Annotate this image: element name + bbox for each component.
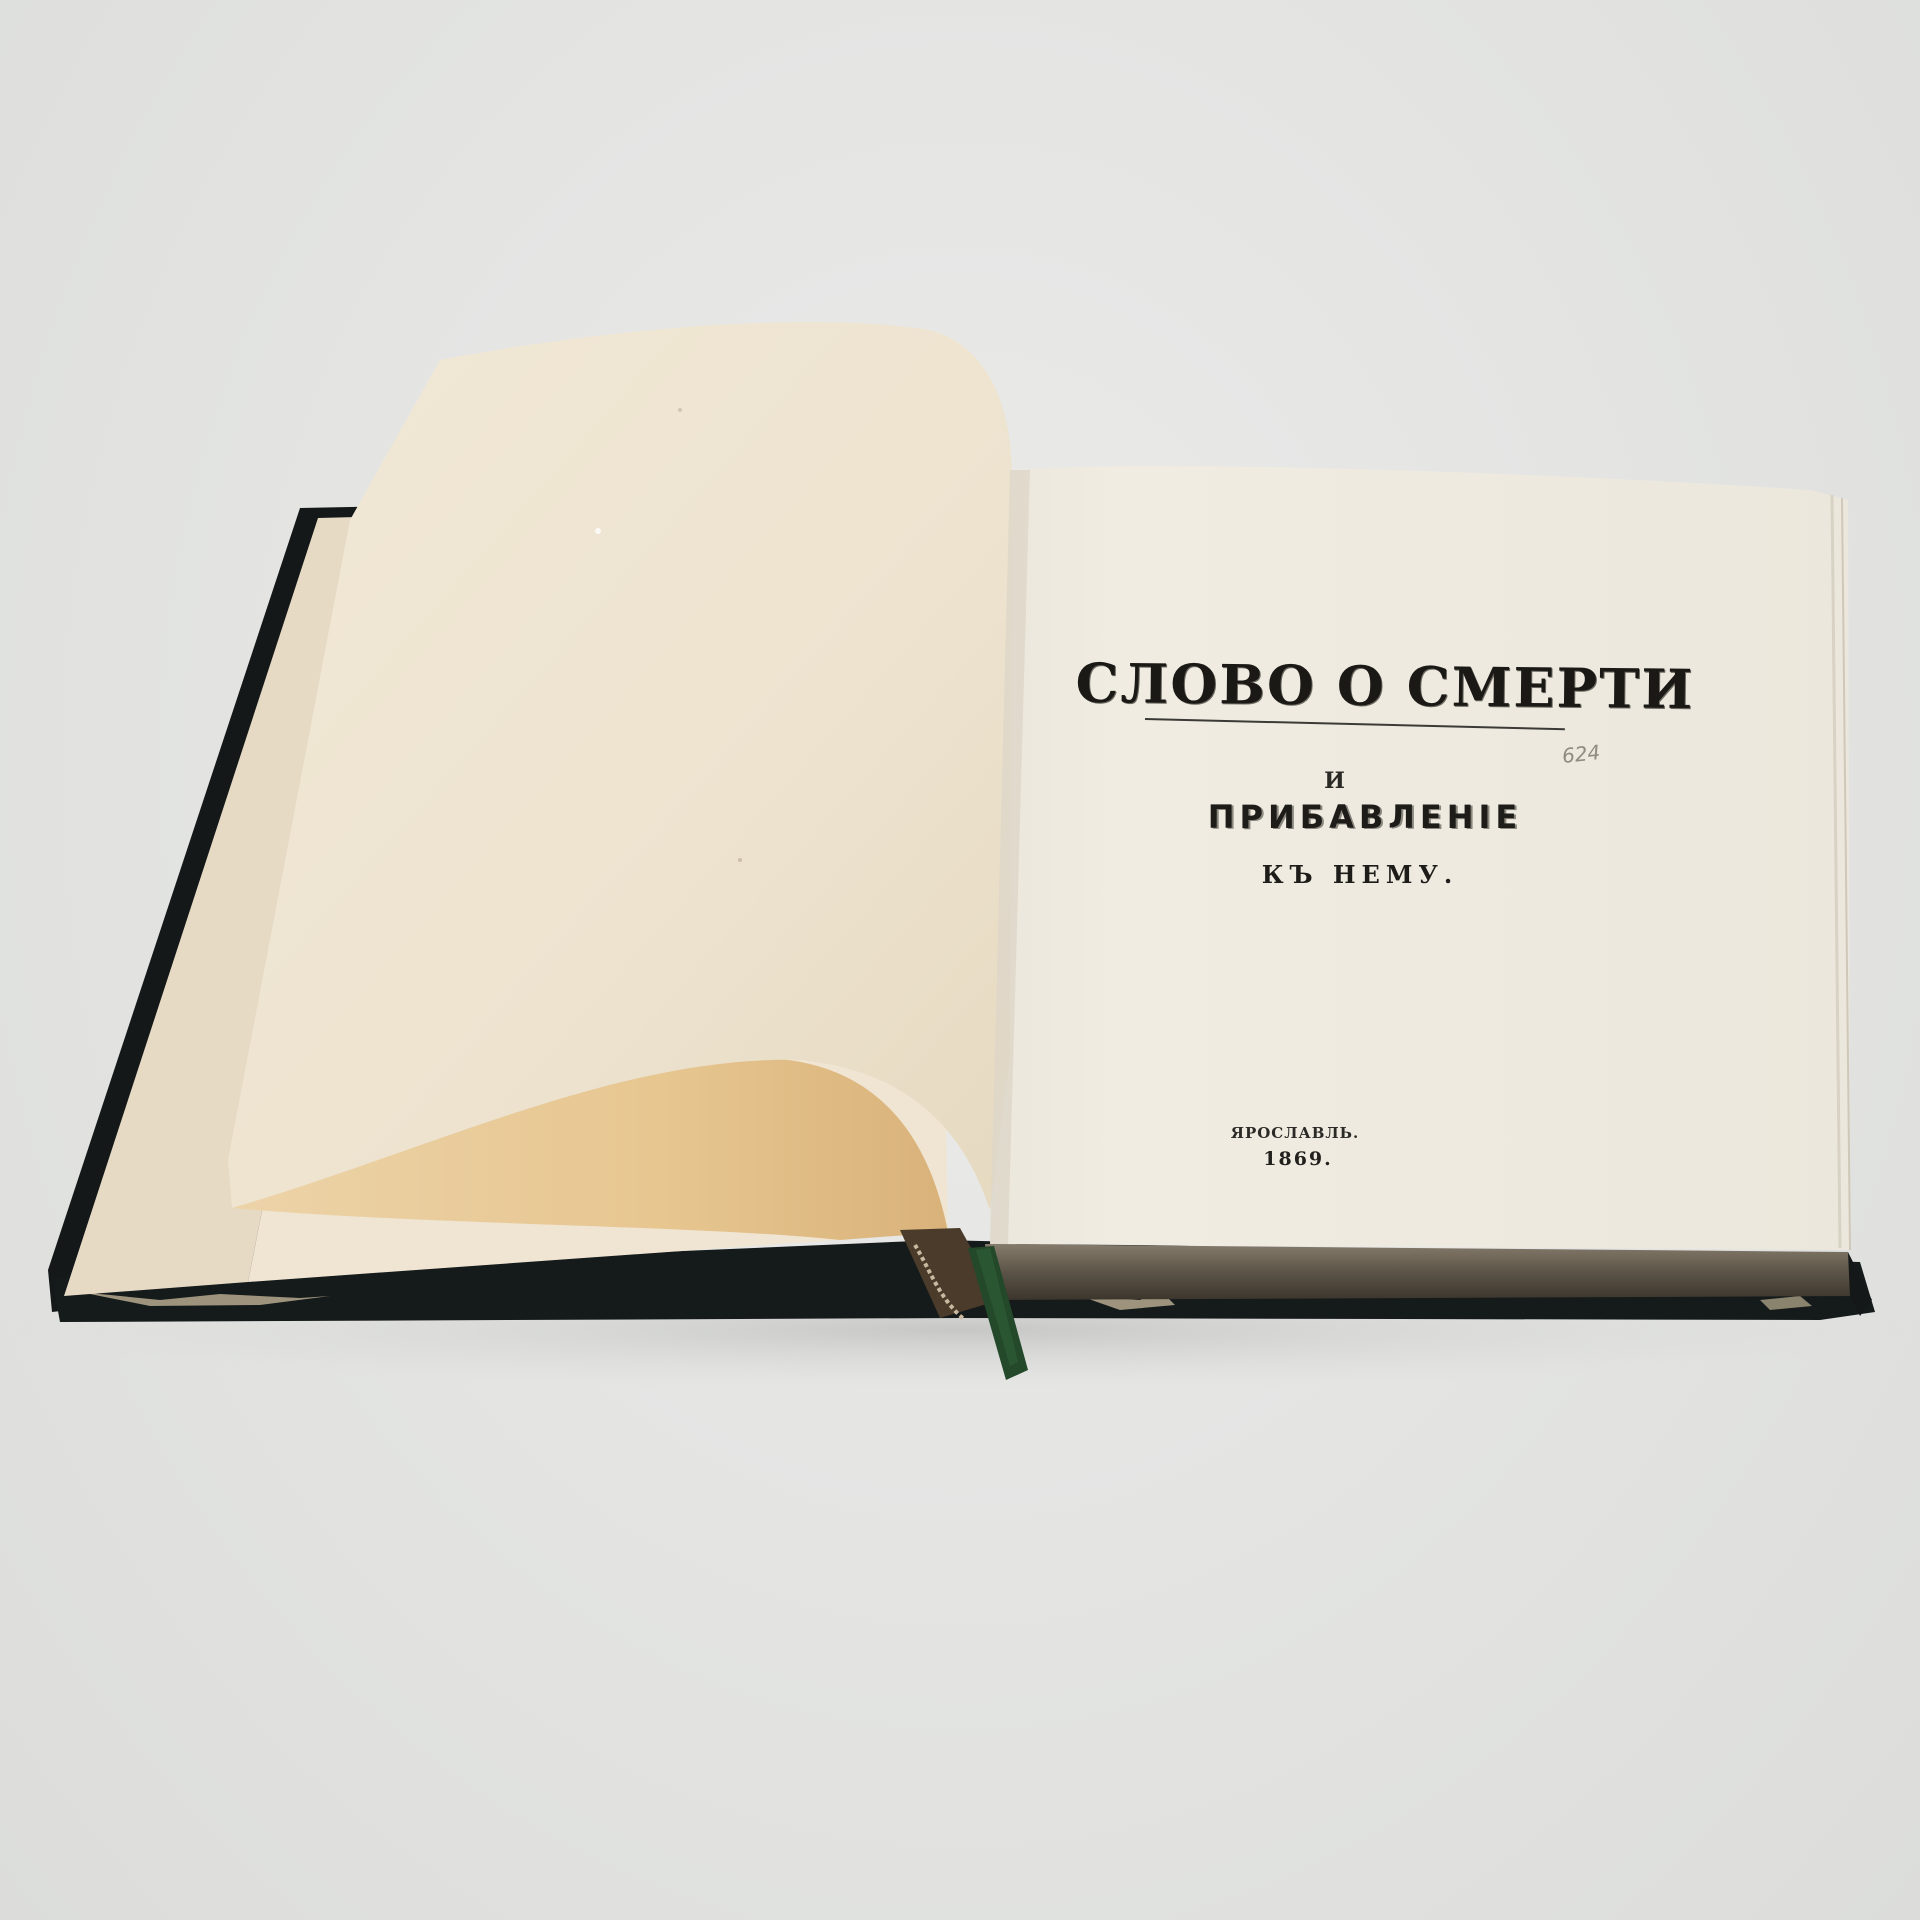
paper-spot <box>738 858 742 862</box>
page-block-edge <box>985 1244 1856 1300</box>
title-conjunction: И <box>925 768 1745 794</box>
subtitle-line-2: КЪ НЕМУ. <box>950 860 1770 889</box>
flyleaf-page <box>228 322 1012 1210</box>
imprint-place: ЯРОСЛАВЛЬ. <box>1045 1124 1545 1142</box>
book-title: СЛОВО О СМЕРТИ <box>975 650 1796 723</box>
handwritten-pencil-number: 624 <box>1561 740 1601 768</box>
paper-spot <box>678 408 682 412</box>
subtitle-line-1: ПРИБАВЛЕНІЕ <box>955 798 1775 836</box>
imprint-year: 1869. <box>1048 1148 1548 1170</box>
paper-spot <box>595 528 601 534</box>
open-book-illustration <box>0 0 1920 1920</box>
book-photo-scene: СЛОВО О СМЕРТИ И ПРИБАВЛЕНІЕ КЪ НЕМУ. 62… <box>0 0 1920 1920</box>
